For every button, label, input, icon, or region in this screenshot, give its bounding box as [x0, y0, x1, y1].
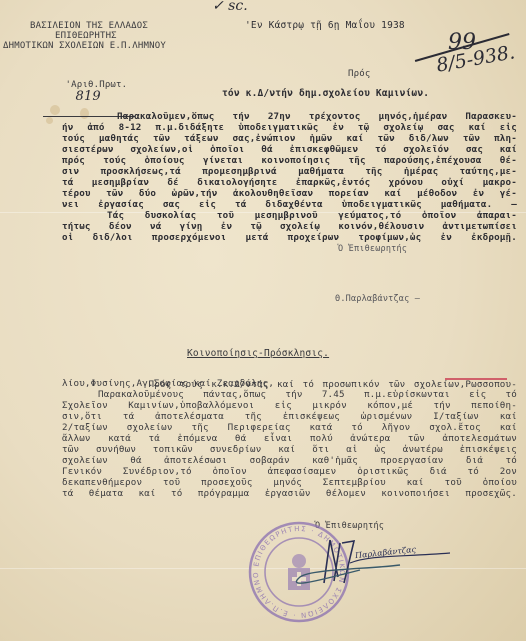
protocol-row: 'Αριθ.Πρωτ. 819 — [43, 67, 135, 117]
place-date: 'Εν Κάστρῳ τῇ 6ῃ Μαΐου 1938 — [245, 20, 405, 32]
circular-line: τά θέματα καί τό πρόγραμμα ἐργασιῶν θέλο… — [62, 488, 517, 500]
signatory-name: Θ.Παρλαβάντζας — — [335, 293, 420, 305]
document-page: ✓ sc. ΒΑΣΙΛΕΙΟΝ ΤΗΣ ΕΛΛΑΔΟΣ ΕΠΙΘΕΩΡΗΤΗΣ … — [0, 0, 526, 641]
body-line: οἱ διδ/λοι προσερχόμενοι μετά προχείρων … — [62, 232, 517, 244]
letterhead-line-3: ΔΗΜΟΤΙΚΩΝ ΣΧΟΛΕΙΩΝ Ε.Π.ΛΗΜΝΟΥ — [3, 40, 166, 52]
section-title: Κοινοποίησις-Πρόσκλησις. — [187, 348, 329, 360]
red-underline-mark — [445, 378, 507, 380]
paper-stain — [46, 117, 53, 124]
recipient: τόν κ.Δ/ντήν δημ.σχολείου Καμινίων. — [222, 88, 429, 100]
handwritten-check-mark: ✓ sc. — [212, 0, 248, 14]
handwritten-signature-icon — [280, 535, 460, 595]
to-label: Πρός — [348, 68, 370, 80]
protocol-number: 819 — [75, 89, 100, 104]
signature-title-1: Ὁ Ἐπιθεωρητής — [338, 243, 407, 255]
